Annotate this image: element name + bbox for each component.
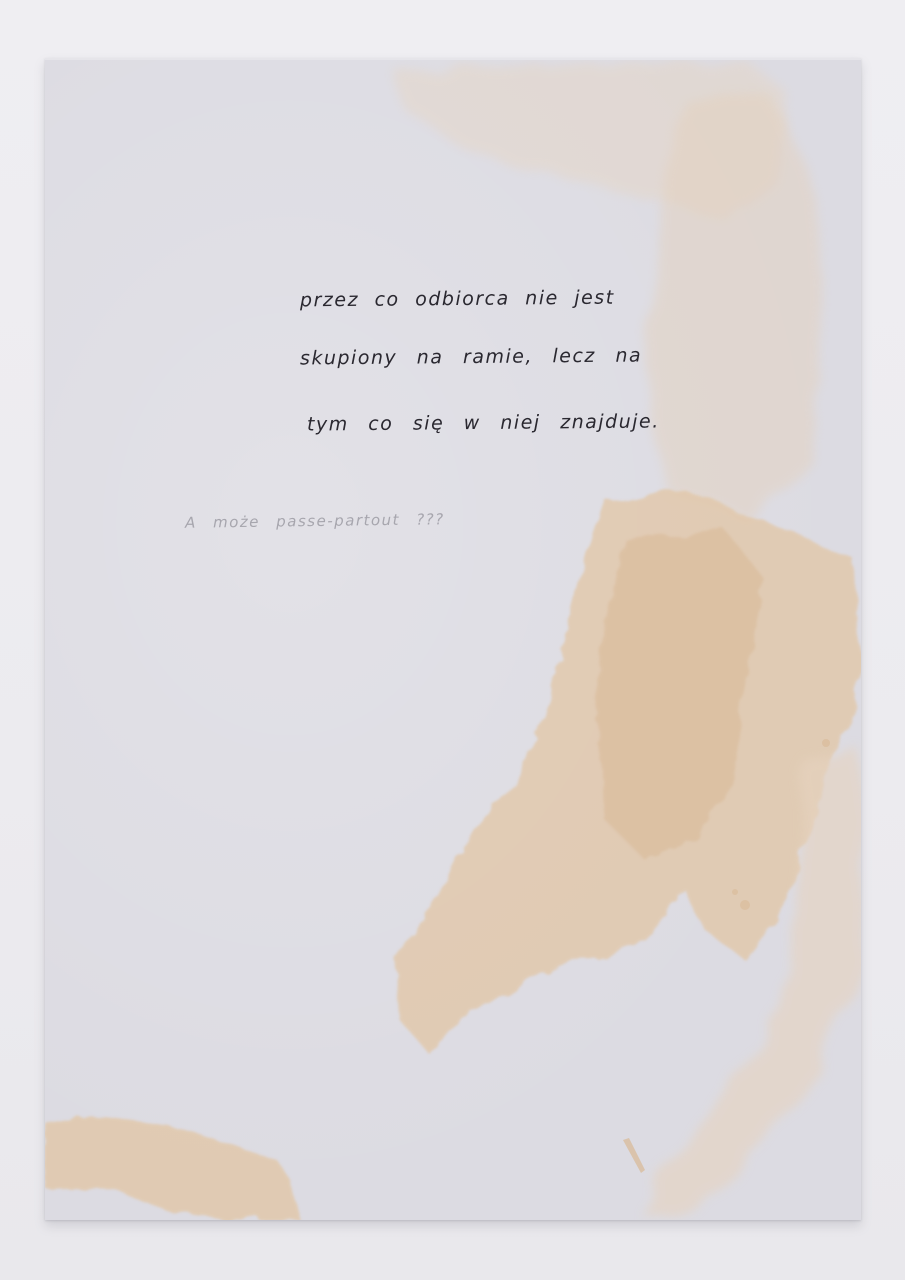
handwritten-line-3: tym co się w niej znajduje. [307, 410, 660, 435]
stain-streak [623, 1138, 645, 1173]
stain-layer [45, 60, 861, 1220]
pencil-note: A może passe-partout ??? [185, 510, 445, 532]
stain-speck [822, 739, 830, 747]
stain-speck [740, 900, 750, 910]
handwritten-line-1: przez co odbiorca nie jest [300, 287, 615, 312]
stain-bottom-left [45, 1116, 300, 1220]
stain-speck [732, 889, 738, 895]
paper-sheet: przez co odbiorca nie jest skupiony na r… [45, 58, 861, 1220]
handwritten-line-2: skupiony na ramie, lecz na [300, 345, 642, 370]
